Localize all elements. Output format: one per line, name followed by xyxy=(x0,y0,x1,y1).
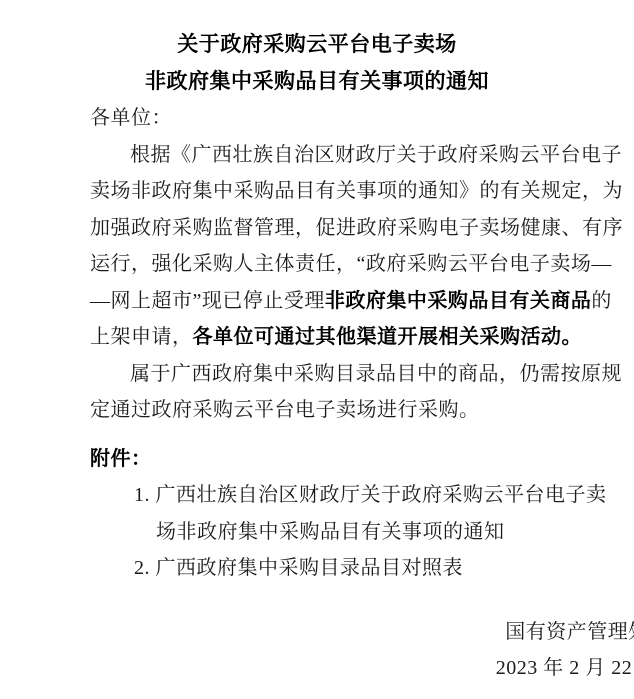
paragraph-line: 加强政府采购监督管理，促进政府采购电子卖场健康、有序 xyxy=(90,210,606,247)
salutation: 各单位： xyxy=(90,100,606,137)
paragraph-line: 运行，强化采购人主体责任，“政府采购云平台电子卖场— xyxy=(90,246,606,283)
attachments-list: 1. 广西壮族自治区财政厅关于政府采购云平台电子卖场非政府集中采购品目有关事项的… xyxy=(90,477,606,587)
paragraphs-container: 根据《广西壮族自治区财政厅关于政府采购云平台电子卖场非政府集中采购品目有关事项的… xyxy=(90,137,606,429)
text-segment: 各单位可通过其他渠道开展相关采购活动。 xyxy=(193,326,583,348)
attachment-line: 1. 广西壮族自治区财政厅关于政府采购云平台电子卖 xyxy=(90,477,606,514)
paragraph-line: —网上超市”现已停止受理非政府集中采购品目有关商品的 xyxy=(90,283,606,320)
text-segment: 属于广西政府集中采购目录品目中的商品，仍需按原规 xyxy=(130,363,622,385)
text-segment: 定通过政府采购云平台电子卖场进行采购。 xyxy=(90,399,480,421)
text-segment: 非政府集中采购品目有关商品 xyxy=(325,290,592,312)
text-segment: 上架申请， xyxy=(90,326,193,348)
notice-document-page: 关于政府采购云平台电子卖场 非政府集中采购品目有关事项的通知 各单位： 根据《广… xyxy=(0,0,634,699)
signature-block: 国有资产管理处 2023 年 2 月 22 日 xyxy=(482,614,634,687)
text-segment: 加强政府采购监督管理，促进政府采购电子卖场健康、有序 xyxy=(90,217,623,239)
text-segment: 卖场非政府集中采购品目有关事项的通知》的有关规定，为 xyxy=(90,180,623,202)
text-segment: 的 xyxy=(591,290,612,312)
document-title: 关于政府采购云平台电子卖场 非政府集中采购品目有关事项的通知 xyxy=(0,26,634,100)
attachments-section: 附件： 1. 广西壮族自治区财政厅关于政府采购云平台电子卖场非政府集中采购品目有… xyxy=(90,441,606,587)
attachments-label: 附件： xyxy=(90,441,606,478)
signature-department: 国有资产管理处 xyxy=(482,614,634,651)
document-title-line-2: 非政府集中采购品目有关事项的通知 xyxy=(0,63,634,100)
text-segment: 运行，强化采购人主体责任，“政府采购云平台电子卖场— xyxy=(90,253,612,275)
paragraph-line: 卖场非政府集中采购品目有关事项的通知》的有关规定，为 xyxy=(90,173,606,210)
document-body: 各单位： 根据《广西壮族自治区财政厅关于政府采购云平台电子卖场非政府集中采购品目… xyxy=(90,100,606,687)
signature-date: 2023 年 2 月 22 日 xyxy=(482,650,634,687)
attachment-line: 2. 广西政府集中采购目录品目对照表 xyxy=(90,550,606,587)
text-segment: —网上超市”现已停止受理 xyxy=(90,290,325,312)
paragraph-line: 根据《广西壮族自治区财政厅关于政府采购云平台电子 xyxy=(90,137,606,174)
document-title-line-1: 关于政府采购云平台电子卖场 xyxy=(0,26,634,63)
paragraph-line: 上架申请，各单位可通过其他渠道开展相关采购活动。 xyxy=(90,319,606,356)
paragraph-line: 定通过政府采购云平台电子卖场进行采购。 xyxy=(90,392,606,429)
attachment-line: 场非政府集中采购品目有关事项的通知 xyxy=(90,514,606,551)
paragraph-line: 属于广西政府集中采购目录品目中的商品，仍需按原规 xyxy=(90,356,606,393)
text-segment: 根据《广西壮族自治区财政厅关于政府采购云平台电子 xyxy=(130,144,622,166)
